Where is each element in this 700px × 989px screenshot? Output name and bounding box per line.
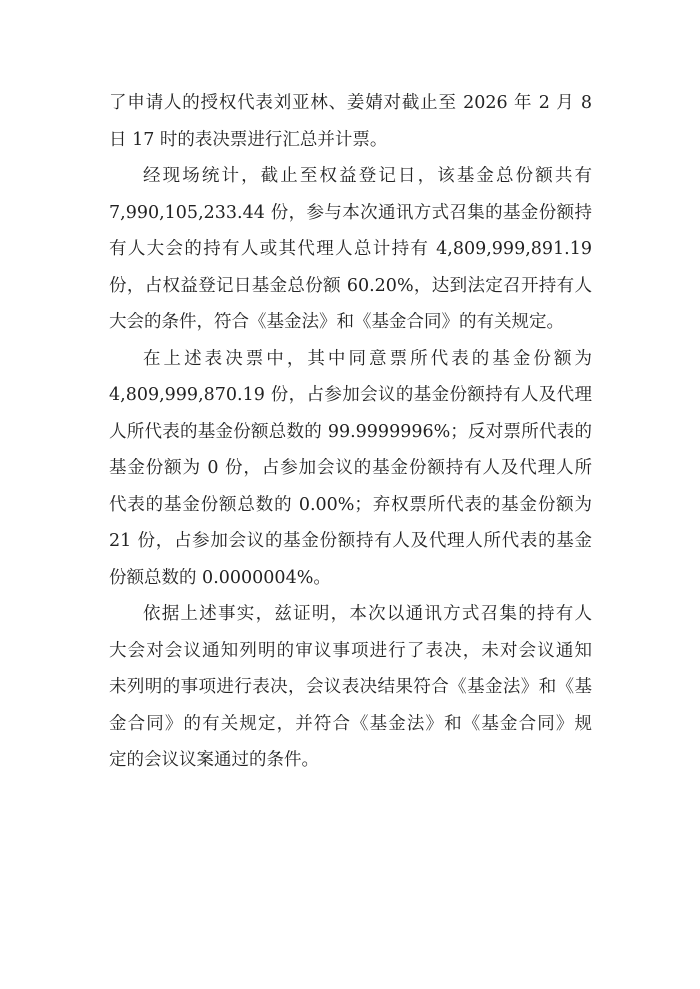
text-line: 依据上述事实，兹证明，本次以通讯方式召集的持有人 (109, 596, 592, 633)
text-line: 代表的基金份额总数的 0.00%；弃权票所代表的基金份额为 (109, 487, 592, 524)
text-line: 金合同》的有关规定，并符合《基金法》和《基金合同》规 (109, 706, 592, 743)
text-line: 大会的条件，符合《基金法》和《基金合同》的有关规定。 (109, 304, 592, 341)
paragraph-continuation: 了申请人的授权代表刘亚林、姜婧对截止至 2026 年 2 月 8 日 17 时的… (109, 85, 592, 158)
paragraph-certification: 依据上述事实，兹证明，本次以通讯方式召集的持有人 大会对会议通知列明的审议事项进… (109, 596, 592, 779)
text-line: 大会对会议通知列明的审议事项进行了表决，未对会议通知 (109, 633, 592, 670)
text-line: 经现场统计，截止至权益登记日，该基金总份额共有 (109, 158, 592, 195)
text-line: 日 17 时的表决票进行汇总并计票。 (109, 122, 592, 159)
document-body: 了申请人的授权代表刘亚林、姜婧对截止至 2026 年 2 月 8 日 17 时的… (109, 85, 592, 779)
text-line: 基金份额为 0 份，占参加会议的基金份额持有人及代理人所 (109, 450, 592, 487)
text-line: 4,809,999,870.19 份，占参加会议的基金份额持有人及代理 (109, 377, 592, 414)
paragraph-attendance: 经现场统计，截止至权益登记日，该基金总份额共有 7,990,105,233.44… (109, 158, 592, 341)
paragraph-vote-results: 在上述表决票中，其中同意票所代表的基金份额为 4,809,999,870.19 … (109, 341, 592, 597)
text-line: 份，占权益登记日基金总份额 60.20%，达到法定召开持有人 (109, 268, 592, 305)
text-line: 在上述表决票中，其中同意票所代表的基金份额为 (109, 341, 592, 378)
text-line: 21 份，占参加会议的基金份额持有人及代理人所代表的基金 (109, 523, 592, 560)
document-page: 了申请人的授权代表刘亚林、姜婧对截止至 2026 年 2 月 8 日 17 时的… (0, 0, 700, 989)
text-line: 未列明的事项进行表决，会议表决结果符合《基金法》和《基 (109, 669, 592, 706)
text-line: 定的会议议案通过的条件。 (109, 742, 592, 779)
text-line: 7,990,105,233.44 份，参与本次通讯方式召集的基金份额持 (109, 195, 592, 232)
text-line: 了申请人的授权代表刘亚林、姜婧对截止至 2026 年 2 月 8 (109, 85, 592, 122)
text-line: 人所代表的基金份额总数的 99.9999996%；反对票所代表的 (109, 414, 592, 451)
text-line: 份额总数的 0.0000004%。 (109, 560, 592, 597)
text-line: 有人大会的持有人或其代理人总计持有 4,809,999,891.19 (109, 231, 592, 268)
